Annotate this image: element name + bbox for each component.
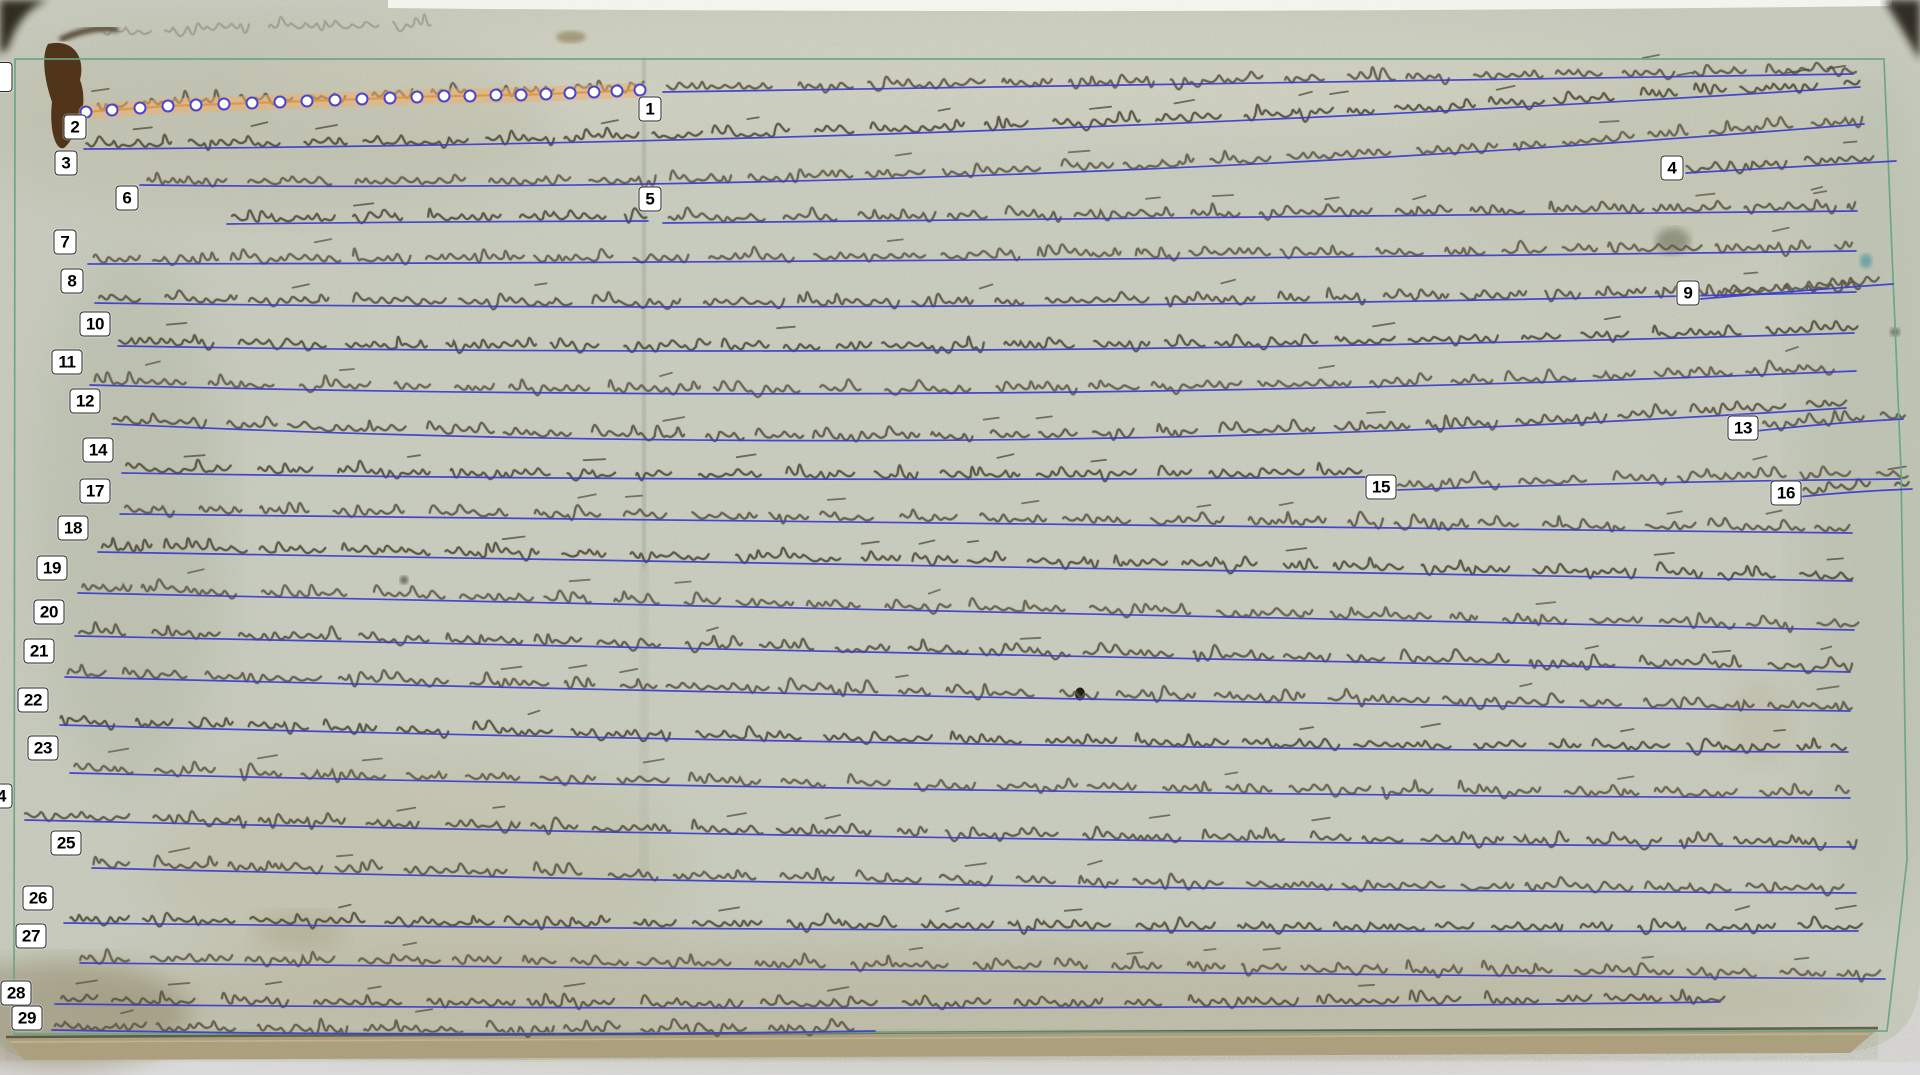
baseline-control-point-11[interactable] xyxy=(385,93,396,104)
line-number-badge-11[interactable]: 11 xyxy=(52,350,83,375)
line-number-badge-8[interactable]: 8 xyxy=(61,269,84,294)
parchment-mottling xyxy=(0,0,1920,1070)
line-number-badge-6[interactable]: 6 xyxy=(116,186,139,211)
line-number-badge-18[interactable]: 18 xyxy=(58,516,89,541)
line-number-badge-10[interactable]: 10 xyxy=(80,312,111,337)
baseline-control-point-4[interactable] xyxy=(191,100,202,111)
baseline-control-point-13[interactable] xyxy=(439,91,450,102)
line-number-badge-20[interactable]: 20 xyxy=(34,600,65,625)
segmentation-canvas[interactable]: 1234567891011121314151617181920212223242… xyxy=(0,0,1920,1075)
line-number-badge-22[interactable]: 22 xyxy=(18,688,49,713)
line-number-badge-27[interactable]: 27 xyxy=(16,924,47,949)
line-number-badge-23[interactable]: 23 xyxy=(28,736,59,761)
baseline-control-point-10[interactable] xyxy=(357,94,368,105)
baseline-control-point-8[interactable] xyxy=(302,96,313,107)
baseline-control-point-14[interactable] xyxy=(465,91,476,102)
line-number-badge-1[interactable]: 1 xyxy=(639,97,662,122)
baseline-control-point-20[interactable] xyxy=(612,86,623,97)
line-number-badge-5[interactable]: 5 xyxy=(639,187,662,212)
line-number-badge-16[interactable]: 16 xyxy=(1771,481,1802,506)
baseline-control-point-15[interactable] xyxy=(491,90,502,101)
baseline-control-point-19[interactable] xyxy=(589,87,600,98)
baseline-control-point-21[interactable] xyxy=(635,85,646,96)
baseline-control-point-1[interactable] xyxy=(107,105,118,116)
line-number-badge-21[interactable]: 21 xyxy=(24,639,55,664)
line-number-badge-4[interactable]: 4 xyxy=(1661,156,1684,181)
line-number-badge-26[interactable]: 26 xyxy=(23,886,54,911)
line-number-badge-19[interactable]: 19 xyxy=(37,556,68,581)
line-number-badge-25[interactable]: 25 xyxy=(51,831,82,856)
baseline-control-point-2[interactable] xyxy=(135,103,146,114)
line-number-badge-12[interactable]: 12 xyxy=(70,389,101,414)
baseline-control-point-7[interactable] xyxy=(275,97,286,108)
baseline-control-point-3[interactable] xyxy=(163,101,174,112)
baseline-control-point-5[interactable] xyxy=(219,99,230,110)
line-number-badge-17[interactable]: 17 xyxy=(80,479,111,504)
line-number-badge-15[interactable]: 15 xyxy=(1366,475,1397,500)
line-number-badge-fragment[interactable] xyxy=(0,62,13,92)
line-number-badge-29[interactable]: 29 xyxy=(12,1006,43,1031)
baseline-control-point-18[interactable] xyxy=(565,88,576,99)
baseline-control-point-12[interactable] xyxy=(412,92,423,103)
baseline-control-point-17[interactable] xyxy=(541,89,552,100)
baseline-control-point-6[interactable] xyxy=(247,98,258,109)
line-number-badge-24[interactable]: 24 xyxy=(0,784,13,809)
baseline-control-point-9[interactable] xyxy=(330,95,341,106)
line-number-badge-14[interactable]: 14 xyxy=(83,438,114,463)
line-number-badge-2[interactable]: 2 xyxy=(64,115,87,140)
line-number-badge-28[interactable]: 28 xyxy=(1,981,32,1006)
manuscript-image xyxy=(0,0,1920,1075)
line-number-badge-9[interactable]: 9 xyxy=(1677,281,1700,306)
line-number-badge-3[interactable]: 3 xyxy=(55,151,78,176)
line-number-badge-13[interactable]: 13 xyxy=(1728,416,1759,441)
line-number-badge-7[interactable]: 7 xyxy=(54,230,77,255)
baseline-control-point-16[interactable] xyxy=(516,90,527,101)
